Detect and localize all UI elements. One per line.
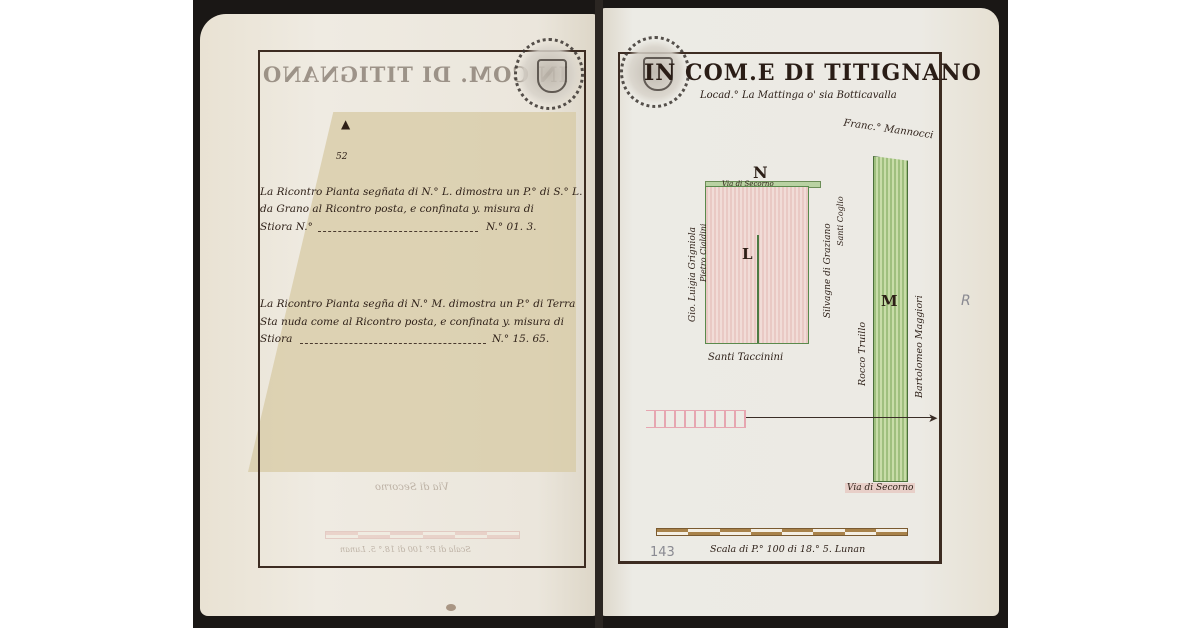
locality-subtitle: Locad.° La Mattinga o' sia Botticavalla	[700, 90, 897, 101]
ghost-scale-caption: Scala di P.° 100 di 18.° 5. Lunan	[340, 545, 471, 554]
neighbor-L-left: Gio. Luigia Grigniola	[688, 227, 698, 322]
plot-L-divider	[757, 235, 759, 343]
neighbor-M-left: Rocco Truillo	[857, 322, 868, 386]
compass-arrow-head-icon: ➤	[928, 411, 938, 425]
north-marker-number: 52	[336, 152, 347, 162]
compass-arrow-feather-icon	[646, 410, 746, 428]
page-number: 143	[650, 545, 675, 560]
dotted-leader	[300, 343, 486, 344]
scale-bar	[656, 528, 908, 536]
book-gutter	[595, 0, 603, 628]
entry-M-line2: Sta nuda come al Ricontro posta, e confi…	[260, 316, 564, 328]
page-title: IN COM.E DI TITIGNANO	[644, 60, 982, 86]
compass-arrow-shaft	[746, 417, 934, 418]
plot-M[interactable]	[873, 156, 908, 482]
entry-L-line1: La Ricontro Pianta segñata di N.° L. dim…	[260, 186, 582, 198]
neighbor-L-bottom: Santi Taccinini	[708, 352, 783, 363]
plot-L[interactable]	[705, 186, 809, 344]
neighbor-L-right2: Santi Coglio	[836, 196, 845, 246]
ghost-scale-bar	[325, 531, 520, 539]
neighbor-L-left2: Pietro Cialdini	[699, 224, 708, 282]
entry-L-line3: Stiora N.°	[260, 221, 313, 233]
paper-stain	[446, 604, 456, 611]
road-bottom-label: Via di Secorno	[845, 483, 915, 493]
ghost-road-label: Via di Secorno	[375, 482, 449, 493]
dotted-leader	[318, 231, 478, 232]
scale-caption: Scala di P.° 100 di 18.° 5. Lunan	[710, 544, 865, 555]
north-arrow-icon: ▲	[341, 117, 350, 131]
plot-M-label: M	[881, 292, 898, 310]
neighbor-M-right: Bartolomeo Maggiori	[914, 295, 925, 398]
plot-L-label: L	[742, 245, 753, 263]
entry-M-line3: Stiora	[260, 333, 292, 345]
entry-M-line1: La Ricontro Pianta segña di N.° M. dimos…	[260, 298, 575, 310]
seal-stamp-left	[514, 38, 584, 110]
entry-M-value: N.° 15. 65.	[492, 333, 549, 345]
entry-L-value: N.° 01. 3.	[486, 221, 537, 233]
neighbor-L-right: Silvagne di Graziano	[823, 223, 833, 318]
pencil-mark: R	[961, 293, 971, 309]
entry-L-line2: da Grano al Ricontro posta, e confinata …	[260, 203, 534, 215]
